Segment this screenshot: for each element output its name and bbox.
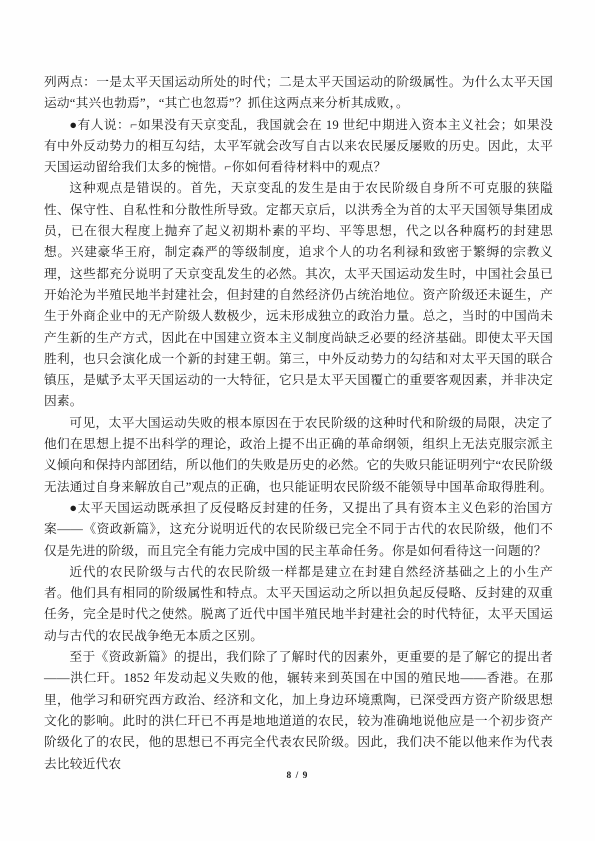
paragraph-answer-1-conclusion: 可见，太平大国运动失败的根本原因在于农民阶级的这种时代和阶级的局限，决定了他们在… xyxy=(44,413,553,498)
paragraph-bullet-question-1: ●有人说：⌐如果没有天京变乱，我国就会在 19 世纪中期进入资本主义社会；如果没… xyxy=(44,115,553,179)
paragraph-bullet-question-2: ●太平天国运动既承担了反侵略反封建的任务，又提出了具有资本主义色彩的治国方案——… xyxy=(44,498,553,562)
paragraph-answer-1: 这种观点是错误的。首先，天京变乱的发生是由于农民阶级自身所不可克服的狭隘性、保守… xyxy=(44,178,553,412)
paragraph-answer-2-continued: 至于《资政新篇》的提出，我们除了了解时代的因素外，更重要的是了解它的提出者——洪… xyxy=(44,647,553,775)
document-body: 列两点：一是太平天国运动所处的时代；二是太平天国运动的阶级属性。为什么太平天国运… xyxy=(44,72,553,775)
paragraph-continuation: 列两点：一是太平天国运动所处的时代；二是太平天国运动的阶级属性。为什么太平天国运… xyxy=(44,72,553,115)
paragraph-answer-2: 近代的农民阶级与古代的农民阶级一样都是建立在封建自然经济基础之上的小生产者。他们… xyxy=(44,562,553,647)
document-page: 列两点：一是太平天国运动所处的时代；二是太平天国运动的阶级属性。为什么太平天国运… xyxy=(0,0,595,841)
page-number: 8 / 9 xyxy=(0,771,595,781)
